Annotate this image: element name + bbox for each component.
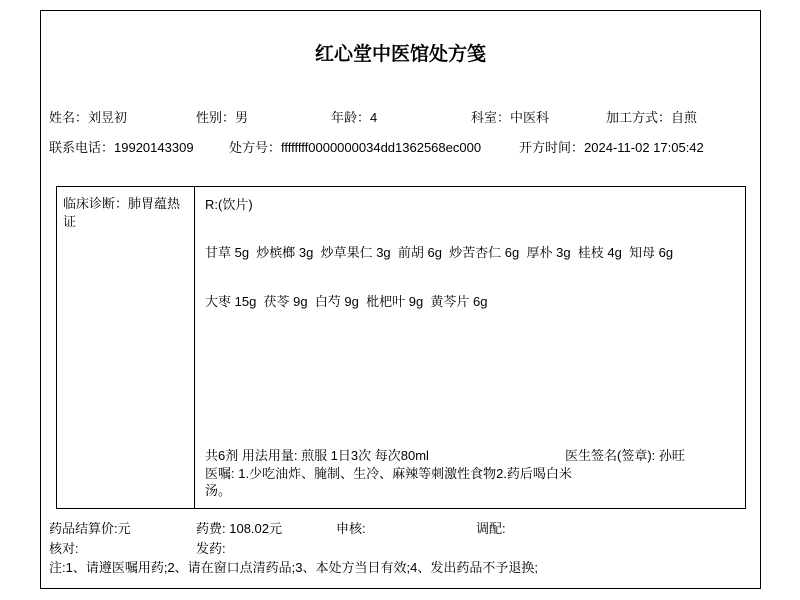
doctor-advice-line-1: 医嘱: 1.少吃油炸、腌制、生冷、麻辣等刺激性食物2.药后喝白米 [205,466,737,483]
gender-label: 性别： [196,110,235,125]
rx-number-field: 处方号：ffffffff0000000034dd1362568ec000 [229,137,481,156]
herb-line-1: 甘草 5g 炒槟榔 3g 炒草果仁 3g 前胡 6g 炒苦杏仁 6g 厚朴 3g… [205,245,737,261]
settlement-price-label: 药品结算价: [49,521,118,536]
settlement-price-unit: 元 [118,521,131,536]
usage-row: 共6剂 用法用量: 煎服 1日3次 每次80ml 医生签名(签章): 孙旺 [205,448,737,464]
diagnosis-cell: 临床诊断：肺胃蕴热证 [57,187,195,508]
prescription-sheet: 红心堂中医馆处方笺 姓名：刘昱初 性别：男 年龄：4 科室：中医科 加工方式：自… [40,10,761,589]
issue-field: 发药: [196,538,226,557]
rx-number-label: 处方号： [229,140,281,155]
department-field: 科室：中医科 [471,107,549,126]
sheet-title: 红心堂中医馆处方笺 [41,39,760,66]
rx-time-field: 开方时间：2024-11-02 17:05:42 [519,137,704,156]
diagnosis-label: 临床诊断： [63,196,128,211]
footnote: 注:1、请遵医嘱用药;2、请在窗口点清药品;3、本处方当日有效;4、发出药品不予… [49,557,538,576]
rx-time-value: 2024-11-02 17:05:42 [584,140,704,155]
rx-spacer [205,310,737,448]
rx-number-value: ffffffff0000000034dd1362568ec000 [281,140,481,155]
rx-time-label: 开方时间： [519,140,584,155]
phone-field: 联系电话：19920143309 [49,137,194,156]
herb-line-2: 大枣 15g 茯苓 9g 白芍 9g 枇杷叶 9g 黄芩片 6g [205,294,737,310]
gender-value: 男 [235,110,248,125]
process-method-label: 加工方式： [606,110,671,125]
settlement-price-field: 药品结算价:元 [49,518,131,537]
process-method-value: 自煎 [671,110,697,125]
review-field: 申核: [336,518,366,537]
department-value: 中医科 [510,110,549,125]
patient-name-value: 刘昱初 [88,110,127,125]
fee-field: 药费: 108.02元 [196,518,282,537]
patient-name-label: 姓名： [49,110,88,125]
department-label: 科室： [471,110,510,125]
doctor-signature-label: 医生签名(签章): [565,448,659,463]
fee-value: 108.02元 [229,521,282,536]
prescription-box: 临床诊断：肺胃蕴热证 R:(饮片) 甘草 5g 炒槟榔 3g 炒草果仁 3g 前… [56,186,746,509]
age-value: 4 [370,110,377,125]
fee-label: 药费: [196,521,229,536]
phone-value: 19920143309 [114,140,194,155]
dispense-field: 调配: [476,518,506,537]
doctor-advice-line-2: 汤。 [205,483,737,500]
usage-text: 共6剂 用法用量: 煎服 1日3次 每次80ml [205,448,429,463]
age-field: 年龄：4 [331,107,377,126]
patient-name-field: 姓名：刘昱初 [49,107,127,126]
age-label: 年龄： [331,110,370,125]
doctor-advice: 医嘱: 1.少吃油炸、腌制、生冷、麻辣等刺激性食物2.药后喝白米 汤。 [205,466,737,500]
check-field: 核对: [49,538,79,557]
process-method-field: 加工方式：自煎 [606,107,697,126]
doctor-signature-field: 医生签名(签章): 孙旺 [565,448,685,464]
rx-header: R:(饮片) [205,197,737,213]
gender-field: 性别：男 [196,107,248,126]
phone-label: 联系电话： [49,140,114,155]
prescription-content-cell: R:(饮片) 甘草 5g 炒槟榔 3g 炒草果仁 3g 前胡 6g 炒苦杏仁 6… [195,187,745,508]
doctor-signature-value: 孙旺 [659,448,685,463]
